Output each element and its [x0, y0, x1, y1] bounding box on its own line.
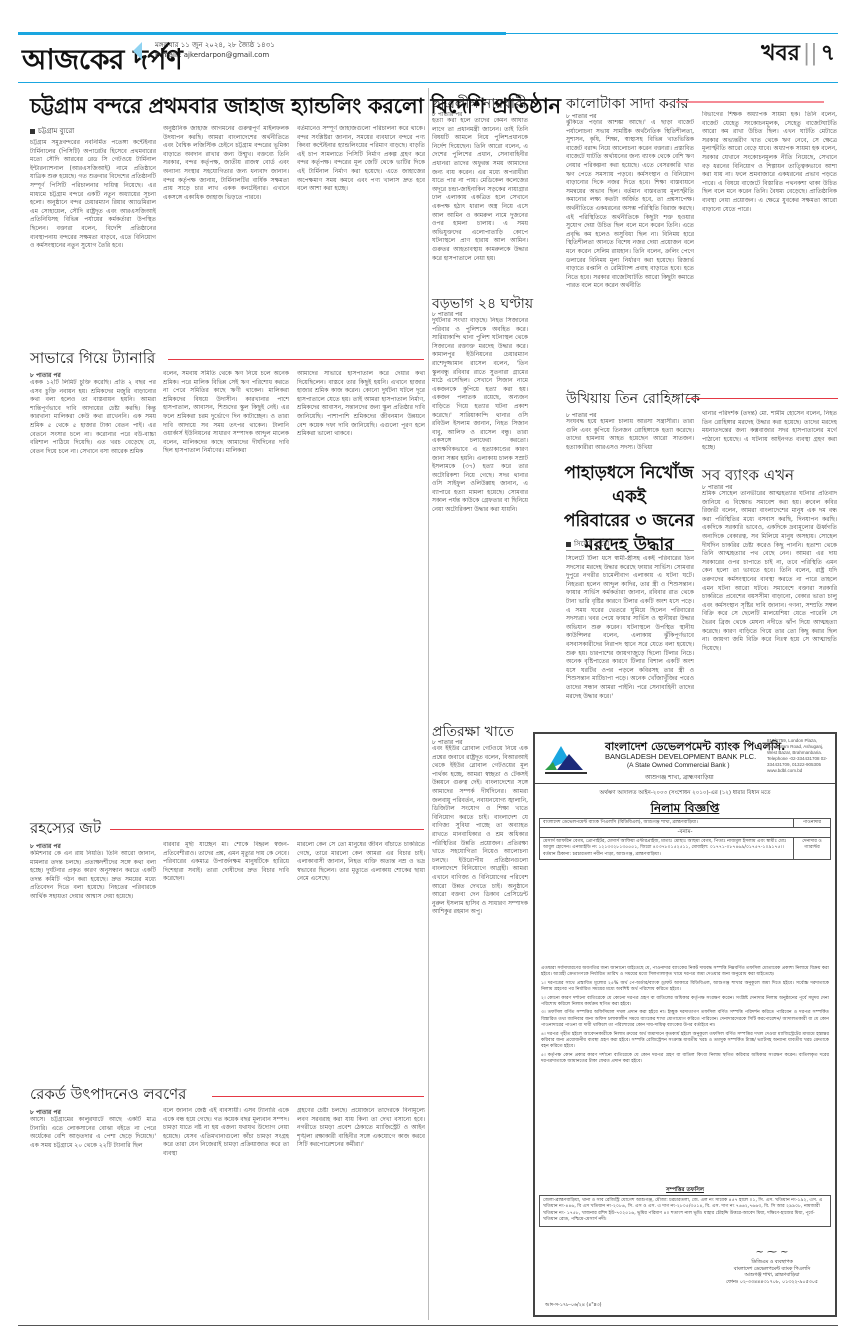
bank-tagline: (A State Owned Commercial Bank ): [627, 762, 730, 769]
landslide-text: সিলেটে টিলা ধসে স্বামী-স্ত্রীসহ একই পরিব…: [566, 555, 694, 701]
salt-text: বলে জানান জেষ্ঠ এই ব্যবসায়ী। এসব ট্যানা…: [163, 1107, 289, 1159]
mystery-text: কমিশনার কে এন রায় নিয়তি। তিনি আরো জানা…: [30, 850, 156, 902]
defense-text: এবং ইইউর গ্লোবাল গেটওয়ে নিয়ে এক প্রশ্ন…: [432, 745, 528, 917]
banks-text: শ্রমিক সোহেল তানভীরের আত্মহত্যার ঘটনার প…: [702, 490, 837, 653]
lead-text: অনুষ্ঠানিক জাহাজ আগমনের গুরুত্বপূর্ণ মাই…: [163, 125, 289, 202]
24h-body: দুর্ঘটনার সংখ্যা বাড়ছে। নিহত সিজানের পর…: [432, 317, 528, 697]
mystery-column-3: মারলো কেন সে তো মানুষের জীবন বাঁচাতে চাক…: [297, 841, 425, 1080]
lead-column-2: অনুষ্ঠানিক জাহাজ আগমনের গুরুত্বপূর্ণ মাই…: [163, 125, 289, 341]
rohingya-column-2: থানার পরিদর্শক (তদন্ত) মো. শামীম হোসেন ব…: [702, 410, 837, 452]
byline-rule: [566, 550, 694, 551]
mystery-column-1: কমিশনার কে এন রায় নিয়তি। তিনি আরো জানা…: [30, 850, 156, 1080]
versus-label: -বনাম-: [540, 828, 830, 836]
blackmoney-text: ঝুঁকিতে পড়ার আশঙ্কা আছে।' এ ছাড়া বাজেট…: [566, 119, 694, 291]
column-divider: [428, 88, 429, 1320]
lead-column-3: বর্তমানেও সম্পূর্ণ জাহাজগুলো পরিচালনা কর…: [297, 125, 425, 341]
salt-text: আসে। চট্টগ্রামের কালুরঘাটে আছে একটি মাত্…: [30, 1116, 156, 1150]
headline-rule: [212, 1096, 424, 1097]
table-row: মেসার্স আফরিন বেগম, প্রোপাইটর, মেসার্স আ…: [540, 838, 830, 859]
signatory-branch: আশুগঞ্জ শাখা, ব্রাহ্মণবাড়িয়া: [717, 1273, 827, 1280]
lead-text: চট্টগ্রাম সমুদ্রবন্দরের নবনির্মিত পতেঙ্গ…: [30, 139, 156, 251]
chhatraleague-body: হত্যা করা হলে তাদের কেমন আঘাত লাগে তা প্…: [432, 117, 528, 287]
tannery-text: বলেন, সমবায় সমিতি থেকে ঋণ নিয়ে চলে অনে…: [163, 370, 289, 456]
salt-column-1: আসে। চট্টগ্রামের কালুরঘাটে আছে একটি মাত্…: [30, 1116, 156, 1321]
blackmoney-text: বিভাগের শিক্ষক অধ্যাপক সায়মা হক। তিনি ব…: [702, 111, 837, 214]
masthead-rule: [18, 33, 838, 34]
mystery-text: বারবার মূর্ছা যাচ্ছেন মা। শোকে বিহ্বল স্…: [163, 841, 289, 884]
tannery-text: আমাদের সাভারে হাসপাতাল করে দেয়ার কথা দি…: [297, 370, 425, 439]
banks-body: শ্রমিক সোহেল তানভীরের আত্মহত্যার ঘটনার প…: [702, 490, 837, 727]
auction-notice-ad: বাংলাদেশ ডেভেলপমেন্ট ব্যাংক পিএলসি. BANG…: [533, 732, 837, 1317]
landslide-byline: সিলেট ব্যুরো: [566, 538, 609, 550]
ad-terms: এতদ্বারা সর্বসাধারণের অবগতির জন্য জানানো…: [541, 966, 829, 1068]
signature-block: ~ ⁓ ~ ডিজিএম ও ব্যবস্থাপক বাংলাদেশ ডেভেল…: [717, 1246, 827, 1286]
headline-rule: [676, 101, 824, 103]
bank-branch: আশুগঞ্জ শাখা, ব্রাহ্মণবাড়িয়া: [645, 772, 714, 783]
masthead-arrow-icon: [133, 42, 142, 60]
chhatraleague-text: হত্যা করা হলে তাদের কেমন আঘাত লাগে তা প্…: [432, 117, 528, 263]
defense-body: এবং ইইউর গ্লোবাল গেটওয়ে নিয়ে এক প্রশ্ন…: [432, 745, 528, 1321]
rohingya-text: সংঘবদ্ধ হয়ে হামলা চালায় আরসা সন্ত্রাসী…: [566, 418, 694, 452]
signatory-phone: ফোনঃ ০২-৩৩৪৪৪৩১৭০৮, ০১৩২২-৯০৫৩০৫: [717, 1280, 827, 1287]
debtor-label: দেনাদার ও গ্যারান্টর: [794, 838, 830, 859]
bdbl-logo-icon: [543, 740, 589, 778]
separator: ||: [803, 41, 818, 66]
contact-email: E-mail : ajkerdarpon@gmail.com: [155, 50, 275, 60]
ad-paragraph: ৩। তফসিল বর্ণিত সম্পত্তির অফিসিয়াল দখল …: [541, 1010, 829, 1029]
ad-reference-code: আদ-স-১৭৮-০৬/২৪ (৪"x৩): [545, 1302, 601, 1310]
bank-address: 810/1759, London Plaza, Poragutam Road, …: [767, 738, 833, 774]
table-row: বাংলাদেশ ডেভেলপমেন্ট ব্যাংক পিএলসি (বিডি…: [540, 819, 830, 828]
blackmoney-column-2: বিভাগের শিক্ষক অধ্যাপক সায়মা হক। তিনি ব…: [702, 111, 837, 381]
tannery-text: একক ১২টি লিমিট চুক্তি করেছি। প্রতি ২ বছর…: [30, 379, 156, 456]
tannery-headline: সাভারে গিয়ে ট্যানারি: [30, 347, 155, 372]
rohingya-column-1: সংঘবদ্ধ হয়ে হামলা চালায় আরসা সন্ত্রাসী…: [566, 418, 694, 452]
headline-line: পরিবারের ৩ জনের: [560, 509, 698, 533]
ad-paragraph: ৪। দরপত্র গৃহীত হইলে আবেদনকারীকে নিলাম ক…: [541, 1032, 829, 1051]
landslide-body: সিলেটে টিলা ধসে স্বামী-স্ত্রীসহ একই পরিব…: [566, 555, 694, 727]
lead-byline: চট্টগ্রাম ব্যুরো: [30, 125, 74, 137]
ad-law-reference: অর্থঋণ আদালত আইন-২০০৩ (সংশোধন ২০১০)-এর (…: [535, 790, 835, 798]
blackmoney-column-1: ঝুঁকিতে পড়ার আশঙ্কা আছে।' এ ছাড়া বাজেট…: [566, 119, 694, 381]
signatory-title: ডিজিএম ও ব্যবস্থাপক: [717, 1260, 827, 1267]
header-rule: [18, 82, 838, 83]
page-bottom-rule: [18, 1325, 838, 1326]
bank-name-en: BANGLADESH DEVELOPMENT BANK PLC.: [605, 752, 756, 761]
debtor-details: মেসার্স আফরিন বেগম, প্রোপাইটর, মেসার্স আ…: [540, 838, 794, 859]
rohingya-headline: উখিয়ায় তিন রোহিঙ্গাকে: [566, 387, 700, 411]
parties-table: বাংলাদেশ ডেভেলপমেন্ট ব্যাংক পিএলসি (বিডি…: [539, 818, 831, 860]
salt-headline: রেকর্ড উৎপাদনেও লবণের: [30, 1083, 186, 1108]
tannery-column-2: বলেন, সমবায় সমিতি থেকে ঋণ নিয়ে চলে অনে…: [163, 370, 289, 811]
rohingya-text: থানার পরিদর্শক (তদন্ত) মো. শামীম হোসেন ব…: [702, 410, 837, 452]
ad-paragraph: এতদ্বারা সর্বসাধারণের অবগতির জন্য জানানো…: [541, 966, 829, 979]
headline-line: পাহাড়ধসে নিখোঁজ একই: [560, 461, 698, 509]
signature: ~ ⁓ ~: [717, 1246, 827, 1260]
mystery-column-2: বারবার মূর্ছা যাচ্ছেন মা। শোকে বিহ্বল স্…: [163, 841, 289, 1080]
salt-column-2: বলে জানান জেষ্ঠ এই ব্যবসায়ী। এসব ট্যানা…: [163, 1107, 289, 1321]
mystery-headline: রহস্যের জট: [30, 817, 101, 842]
schedule-title: সম্পত্তির তফসিল: [535, 1187, 835, 1195]
ad-paragraph: ৫। কর্তৃপক্ষ কোন প্রকার কারণ দর্শানো ব্য…: [541, 1053, 829, 1066]
headline-rule: [168, 359, 424, 360]
section-name: খবর: [761, 40, 800, 66]
ad-paragraph: ১। দরপত্রের সাথে প্রস্তাবিত মূল্যের ২৫% …: [541, 981, 829, 994]
table-row: -বনাম-: [540, 828, 830, 837]
mystery-text: মারলো কেন সে তো মানুষের জীবন বাঁচাতে চাক…: [297, 841, 425, 884]
lead-text: বর্তমানেও সম্পূর্ণ জাহাজগুলো পরিচালনা কর…: [297, 125, 425, 194]
headline-rule: [686, 398, 838, 399]
dateline: মঙ্গলবার ১১ জুন ২০২৪, ২৮ জ্যৈষ্ঠ ১৪৩১ E-…: [155, 40, 275, 60]
salt-column-3: গ্রহণের চেষ্টা চলছে। প্রয়োজনে তাদেরকে ব…: [297, 1107, 425, 1321]
creditor-name: বাংলাদেশ ডেভেলপমেন্ট ব্যাংক পিএলসি (বিডি…: [540, 819, 794, 827]
ad-paragraph: ২। কোনো কারণ দর্শানো ব্যতিরেকে যে কোনো দ…: [541, 996, 829, 1009]
ad-header: বাংলাদেশ ডেভেলপমেন্ট ব্যাংক পিএলসি. BANG…: [535, 734, 835, 784]
tannery-column-1: একক ১২টি লিমিট চুক্তি করেছি। প্রতি ২ বছর…: [30, 379, 156, 811]
tannery-column-3: আমাদের সাভারে হাসপাতাল করে দেয়ার কথা দি…: [297, 370, 425, 811]
lead-column-1: চট্টগ্রাম সমুদ্রবন্দরের নবনির্মিত পতেঙ্গ…: [30, 139, 156, 341]
salt-text: গ্রহণের চেষ্টা চলছে। প্রয়োজনে তাদেরকে ব…: [297, 1107, 425, 1150]
section-page-label: খবর||৭: [761, 36, 835, 73]
creditor-label: পাওনাদার: [794, 819, 830, 827]
publication-date: মঙ্গলবার ১১ জুন ২০২৪, ২৮ জ্যৈষ্ঠ ১৪৩১: [155, 40, 275, 50]
ad-title: নিলাম বিজ্ঞপ্তি: [535, 800, 835, 820]
24h-text: দুর্ঘটনার সংখ্যা বাড়ছে। নিহত সিজানের পর…: [432, 317, 528, 515]
property-schedule: জেলা-ব্রাহ্মণবাড়িয়া, থানা ও সাব রেজিস্…: [539, 1195, 831, 1227]
headline-rule: [110, 829, 424, 830]
page-number: ৭: [821, 40, 835, 66]
